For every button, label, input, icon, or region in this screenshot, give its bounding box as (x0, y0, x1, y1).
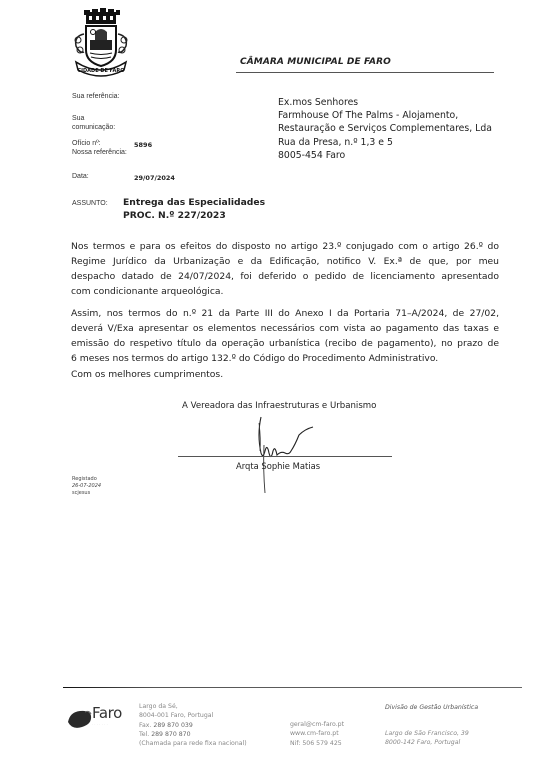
sua-referencia-label: Sua referência: (72, 93, 119, 102)
footer-nif: Nif: 506 579 425 (290, 739, 344, 748)
footer-contact-main: Largo da Sé, 8004-001 Faro, Portugal Fax… (139, 702, 247, 748)
municipality-name: CÂMARA MUNICIPAL DE FARO (240, 57, 391, 67)
footer-website[interactable]: www.cm-faro.pt (290, 729, 344, 738)
signature-line (178, 456, 392, 457)
signatory-name: Arqta Sophie Matias (236, 461, 320, 471)
paragraph-line: Regime Jurídico da Urbanização e da Edif… (71, 254, 499, 269)
municipal-coat-of-arms-icon: CIDADE DE FARO (62, 8, 140, 78)
paragraph-line: deverá V/Exa apresentar os elementos nec… (71, 321, 499, 336)
recipient-line: Ex.mos Senhores (278, 96, 492, 109)
footer-email[interactable]: geral@cm-faro.pt (290, 720, 344, 729)
recipient-address: Ex.mos Senhores Farmhouse Of The Palms -… (278, 96, 492, 162)
footer-contact-online: geral@cm-faro.pt www.cm-faro.pt Nif: 506… (290, 720, 344, 748)
footer-fax: Fax. 289 870 039 (139, 721, 247, 730)
paragraph-line: emissão do respetivo título da operação … (71, 336, 499, 351)
sua-comunicacao-label-line1: Sua (72, 115, 115, 124)
footer-tel: Tel. 289 870 870 (139, 730, 247, 739)
crest-banner-text: CIDADE DE FARO (78, 68, 125, 74)
registration-date: 26-07-2024 (72, 483, 101, 490)
footer-division-name: Divisão de Gestão Urbanística (385, 704, 478, 711)
recipient-line: Restauração e Serviços Complementares, L… (278, 122, 492, 135)
tel-label: Tel. (139, 731, 149, 738)
subject: Entrega das Especialidades PROC. N.º 227… (123, 196, 265, 222)
division-address-line: Largo de São Francisco, 39 (385, 729, 469, 738)
fax-label: Fax. (139, 722, 151, 729)
oficio-label: Ofício nº: (72, 140, 101, 149)
closing-salutation: Com os melhores cumprimentos. (71, 369, 223, 380)
data-label: Data: (72, 173, 89, 182)
paragraph-line: despacho datado de 24/07/2024, foi defer… (71, 269, 499, 284)
subject-title: Entrega das Especialidades (123, 196, 265, 209)
registration-status: Registado (72, 476, 101, 483)
recipient-line: Rua da Presa, n.º 1,3 e 5 (278, 136, 492, 149)
body-paragraph-2: Assim, nos termos do n.º 21 da Parte III… (71, 306, 499, 366)
header-divider (236, 72, 494, 73)
paragraph-line: com condicionante arqueológica. (71, 284, 499, 299)
sua-comunicacao-label: Sua comunicação: (72, 115, 115, 132)
data-value: 29/07/2024 (134, 174, 175, 182)
paragraph-line: Assim, nos termos do n.º 21 da Parte III… (71, 306, 499, 321)
process-number: PROC. N.º 227/2023 (123, 209, 265, 222)
tel-value: 289 870 870 (151, 731, 190, 738)
faro-logo-text: Faro (92, 704, 122, 722)
registration-stamp: Registado 26-07-2024 scjesus (72, 476, 101, 497)
nossa-referencia-label: Nossa referência: (72, 149, 127, 158)
paragraph-line: 6 meses nos termos do artigo 132.º do Có… (71, 351, 499, 366)
paragraph-line: Nos termos e para os efeitos do disposto… (71, 239, 499, 254)
recipient-line: 8005-454 Faro (278, 149, 492, 162)
oficio-value: 5896 (134, 141, 152, 149)
recipient-line: Farmhouse Of The Palms - Alojamento, (278, 109, 492, 122)
sua-comunicacao-label-line2: comunicação: (72, 124, 115, 133)
subject-label: ASSUNTO: (72, 200, 108, 207)
footer-divider (63, 687, 522, 688)
registration-user: scjesus (72, 490, 101, 497)
footer-address-line: 8004-001 Faro, Portugal (139, 711, 247, 720)
footer-tel-note: (Chamada para rede fixa nacional) (139, 739, 247, 748)
footer-address-line: Largo da Sé, (139, 702, 247, 711)
body-paragraph-1: Nos termos e para os efeitos do disposto… (71, 239, 499, 299)
handwritten-signature-icon (255, 415, 325, 495)
fax-value: 289 870 039 (153, 722, 192, 729)
signatory-title: A Vereadora das Infraestruturas e Urbani… (182, 401, 376, 411)
faro-logo-tagline: · · · · · · · (92, 722, 108, 726)
footer-division-address: Largo de São Francisco, 39 8000-142 Faro… (385, 729, 469, 748)
division-address-line: 8000-142 Faro, Portugal (385, 738, 469, 747)
